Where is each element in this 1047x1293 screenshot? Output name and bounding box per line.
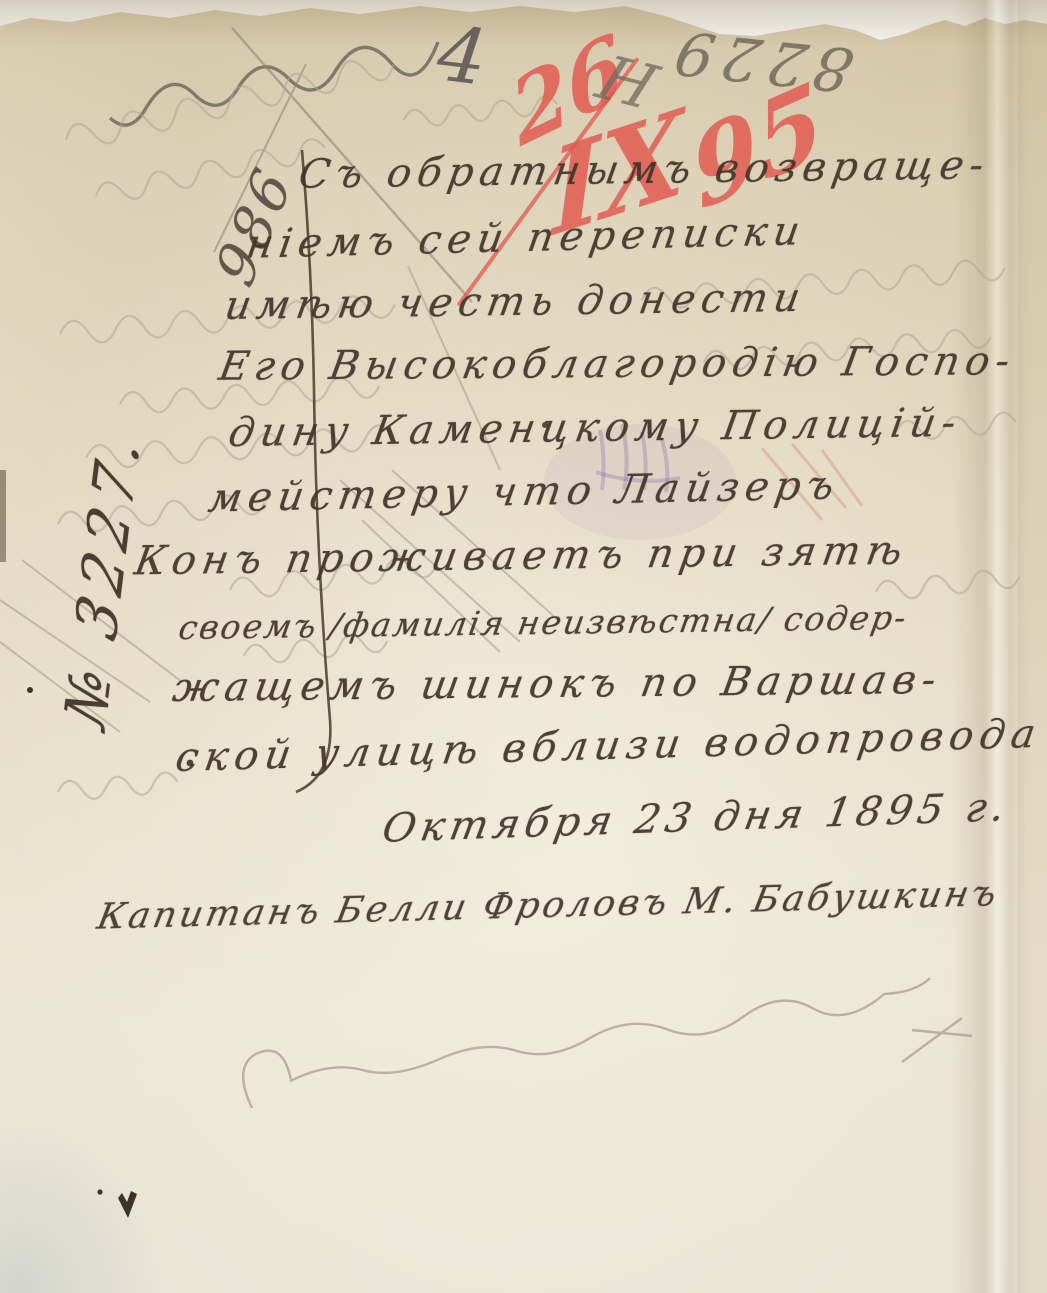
handwritten-line: имѣю честь донести xyxy=(222,278,809,326)
pencil-inverted-number-8229: 8229 xyxy=(662,21,858,99)
handwritten-line: Его Высокоблагородію Госпо- xyxy=(216,341,1018,387)
handwritten-line: Конъ проживаетъ при зятѣ xyxy=(132,531,911,582)
handwritten-line: жащемъ шинокъ по Варшав- xyxy=(170,660,945,708)
handwritten-line: своемъ /фамилія неизвѣстна/ содер- xyxy=(176,601,910,644)
handwritten-line: дину Каменцкому Полицій- xyxy=(226,403,965,453)
pencil-numeral-4: 4 xyxy=(434,15,491,96)
scanned-document: 26 IX 95 986 4 Н 8229 № 3227. Съ обратны… xyxy=(0,0,1047,1293)
handwritten-line: Съ обратнымъ возвраще- xyxy=(296,145,993,195)
